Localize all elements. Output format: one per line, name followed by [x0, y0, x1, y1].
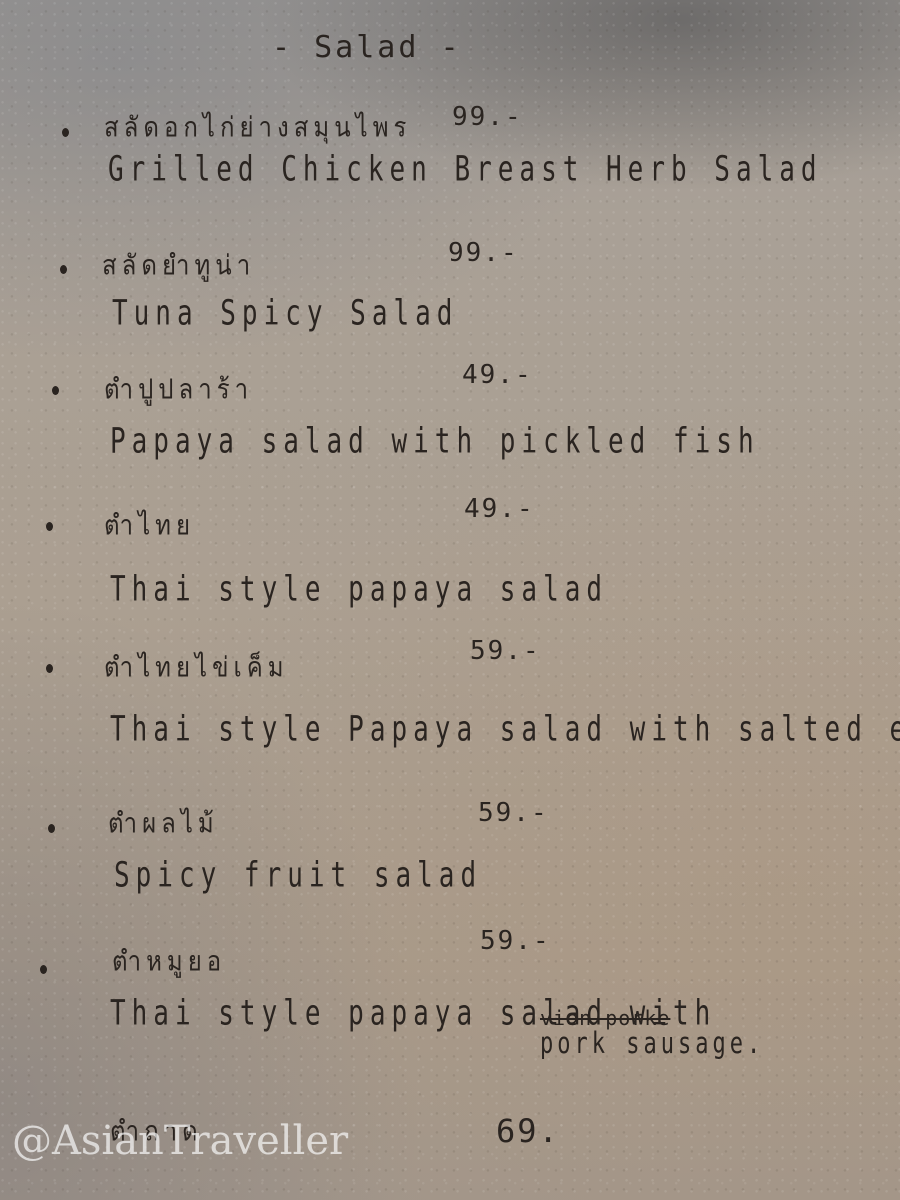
item-thai-name: ตำหมูยอ	[112, 938, 226, 983]
bullet-icon	[62, 128, 69, 137]
item-english-name: Tuna Spicy Salad	[112, 294, 458, 335]
item-thai-name: ตำไทย	[104, 502, 195, 547]
item-thai-name: ตำปูปลาร้า	[104, 366, 253, 411]
bullet-icon	[48, 824, 55, 833]
menu-section-title: - Salad -	[272, 30, 462, 65]
item-price: 59.-	[478, 798, 549, 828]
item-thai-name: ตำผลไม้	[108, 800, 219, 845]
item-price: 99.-	[448, 238, 519, 268]
bullet-icon	[46, 664, 53, 673]
item-english-name: Thai style Papaya salad with salted egg	[110, 710, 900, 751]
item-thai-name: สลัดยำทูน่า	[102, 242, 255, 287]
item-thai-name: ตำไทยไข่เค็ม	[104, 644, 289, 689]
item-price: 59.-	[480, 926, 551, 956]
bullet-icon	[40, 965, 47, 974]
item-english-name: Papaya salad with pickled fish	[110, 422, 760, 463]
item-english-name: Spicy fruit salad	[114, 856, 482, 897]
item-price: 59.-	[470, 636, 541, 666]
item-price: 49.-	[464, 494, 535, 524]
item-thai-name: สลัดอกไก่ย่างสมุนไพร	[104, 104, 411, 149]
item-english-name: Thai style papaya salad	[110, 570, 608, 611]
item-price: 49.-	[462, 360, 533, 390]
bullet-icon	[60, 265, 67, 274]
bullet-icon	[52, 386, 59, 395]
item-price: 69.	[496, 1112, 560, 1150]
item-english-name: Grilled Chicken Breast Herb Salad	[108, 150, 823, 191]
bullet-icon	[46, 522, 53, 531]
correction-text: pork sausage.	[540, 1027, 764, 1061]
item-price: 99.-	[452, 102, 523, 132]
watermark: @AsianTraveller	[12, 1118, 348, 1164]
